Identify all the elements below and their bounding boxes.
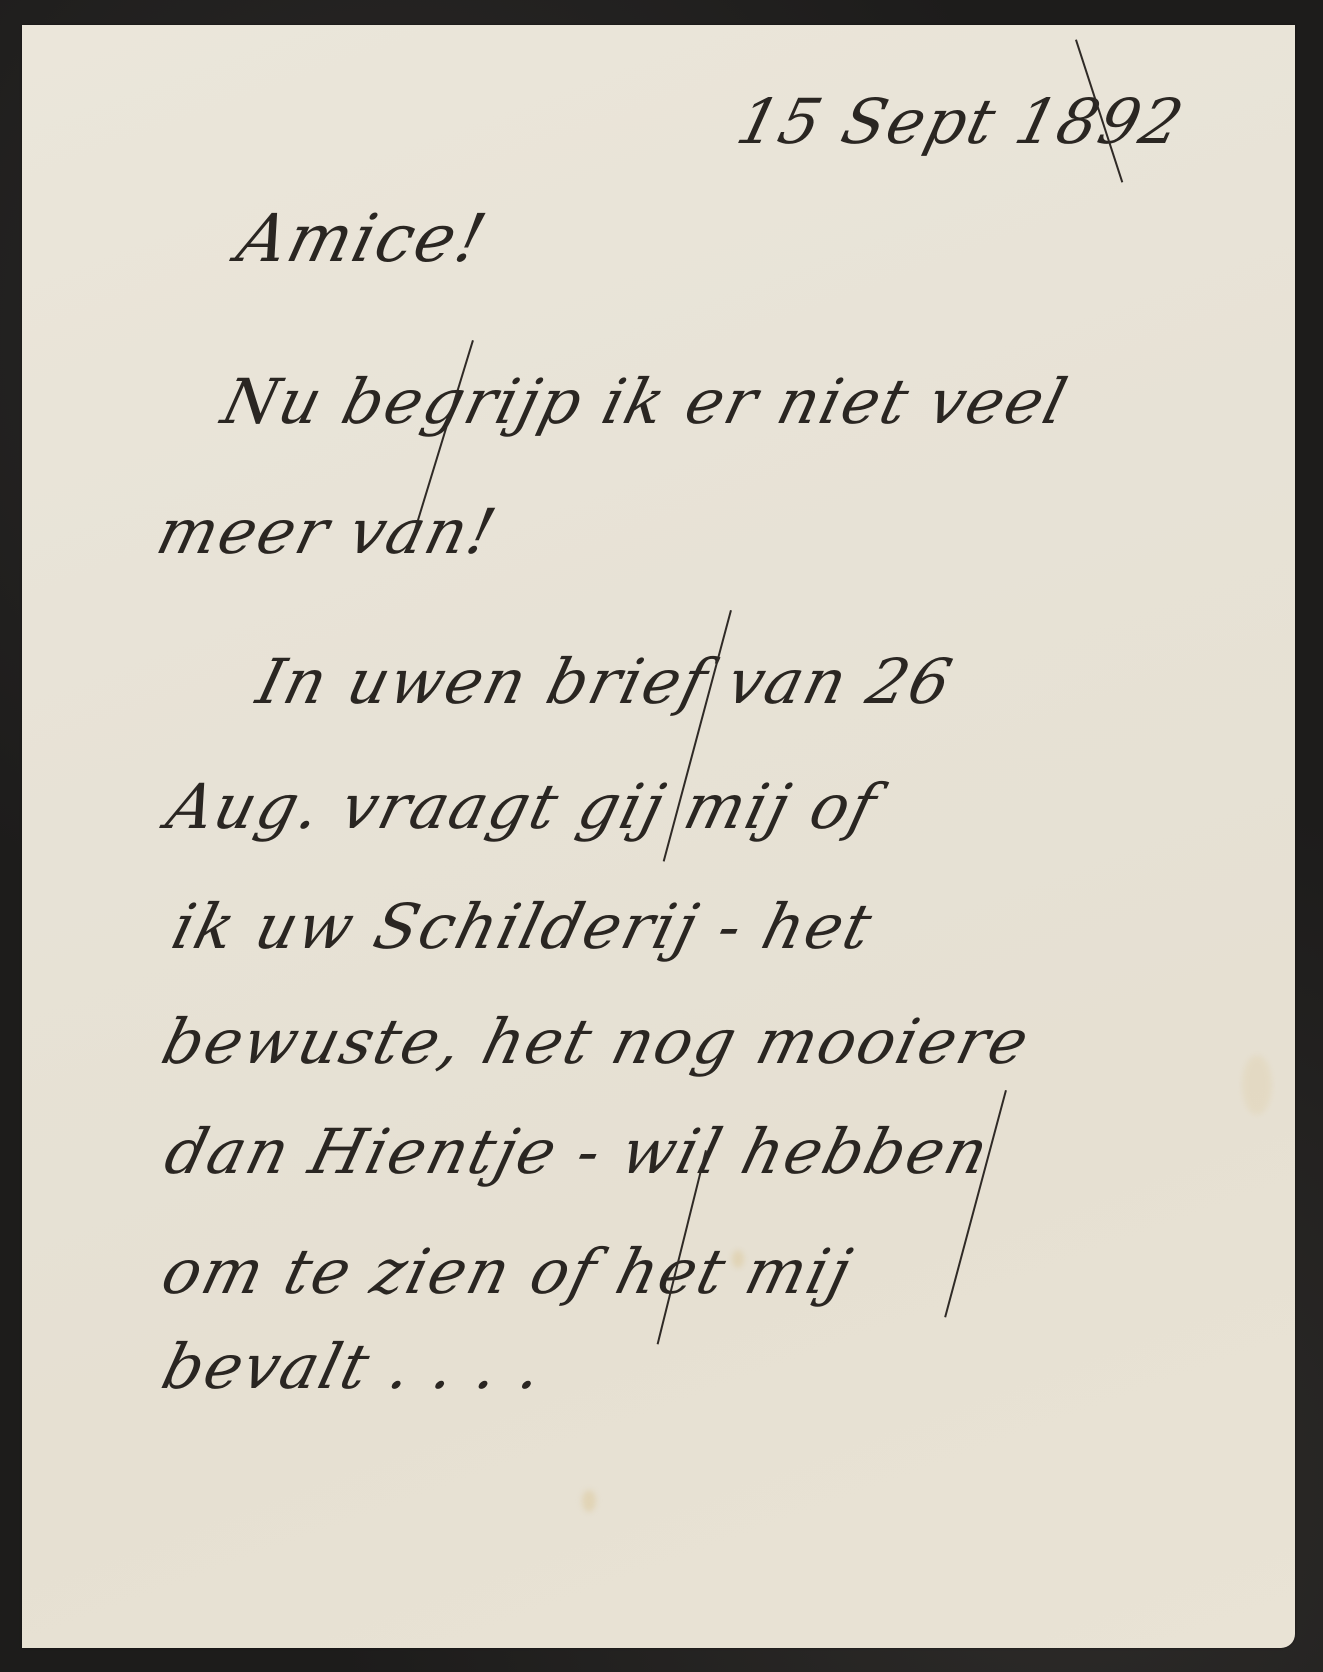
letter-line: bevalt . . . . bbox=[155, 1330, 552, 1403]
letter-salutation: Amice! bbox=[230, 200, 495, 277]
foxing-stain bbox=[582, 1490, 596, 1512]
letter-line: om te zien of het mij bbox=[155, 1235, 860, 1308]
letter-line: ik uw Schilderij - het bbox=[165, 890, 881, 963]
letter-line: Nu begrijp ik er niet veel bbox=[215, 365, 1076, 438]
letter-line: meer van! bbox=[150, 495, 505, 568]
letter-line: Aug. vraagt gij mij of bbox=[160, 770, 885, 843]
letter-line: bewuste, het nog mooiere bbox=[155, 1005, 1038, 1078]
letter-date: 15 Sept 1892 bbox=[730, 85, 1192, 158]
letter-line: In uwen brief van 26 bbox=[250, 645, 961, 718]
letter-line: dan Hientje - wil hebben bbox=[158, 1115, 997, 1188]
foxing-stain bbox=[1242, 1055, 1272, 1115]
